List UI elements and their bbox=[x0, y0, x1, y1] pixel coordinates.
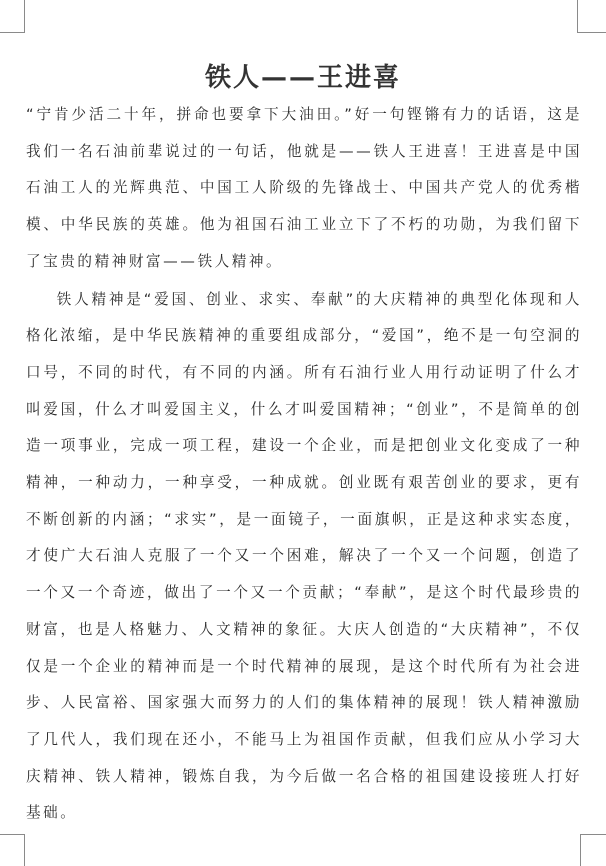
paragraph-iron-man-spirit: 铁人精神是“爱国、创业、求实、奉献”的大庆精神的典型化体现和人格化浓缩，是中华民… bbox=[26, 282, 582, 833]
crop-mark-top-left bbox=[0, 0, 25, 33]
crop-mark-bottom-left bbox=[0, 834, 25, 866]
paragraph-intro: “宁肯少活二十年，拼命也要拿下大油田。”好一句铿锵有力的话语，这是我们一名石油前… bbox=[26, 97, 582, 281]
crop-mark-top-right bbox=[577, 0, 606, 33]
crop-mark-bottom-right bbox=[580, 834, 606, 866]
document-body: “宁肯少活二十年，拼命也要拿下大油田。”好一句铿锵有力的话语，这是我们一名石油前… bbox=[26, 97, 582, 832]
document-title: 铁人——王进喜 bbox=[0, 57, 606, 94]
